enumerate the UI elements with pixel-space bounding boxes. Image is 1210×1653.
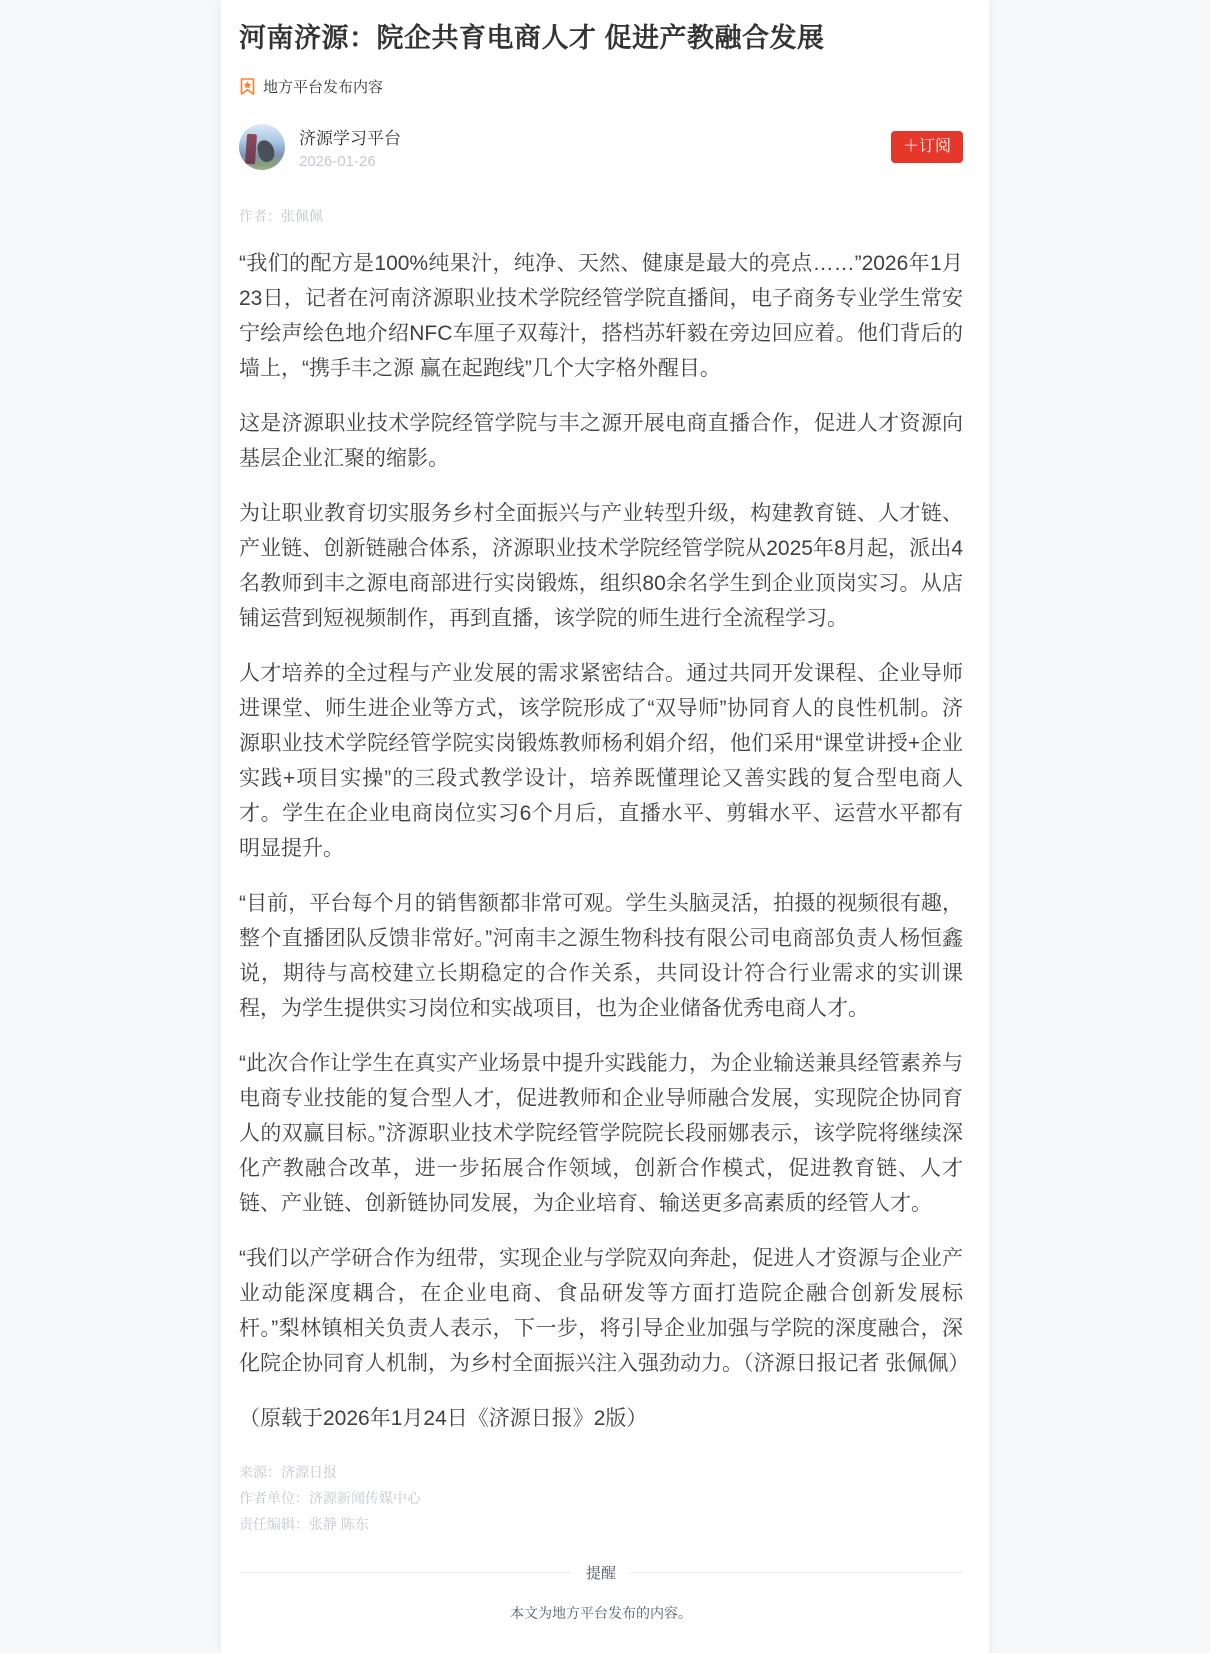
article-paragraph: （原载于2026年1月24日《济源日报》2版） [239, 1401, 963, 1436]
notice-divider: 提醒 [239, 1562, 963, 1583]
article-paragraph: “此次合作让学生在真实产业场景中提升实践能力，为企业输送兼具经管素养与电商专业技… [239, 1046, 963, 1221]
article-paragraph: “目前，平台每个月的销售额都非常可观。学生头脑灵活，拍摄的视频很有趣，整个直播团… [239, 886, 963, 1026]
article-paragraph: 这是济源职业技术学院经管学院与丰之源开展电商直播合作，促进人才资源向基层企业汇聚… [239, 406, 963, 476]
notice-text: 本文为地方平台发布的内容。 [239, 1603, 963, 1623]
notice-title: 提醒 [586, 1562, 616, 1583]
subscribe-button[interactable]: ＋订阅 [891, 131, 963, 163]
article-title: 河南济源：院企共育电商人才 促进产教融合发展 [239, 0, 963, 56]
content-badge: 地方平台发布内容 [239, 76, 963, 97]
author-line: 作者：张佩佩 [239, 206, 963, 226]
article-paragraph: “我们以产学研合作为纽带，实现企业与学院双向奔赴，促进人才资源与企业产业动能深度… [239, 1241, 963, 1381]
article-card: 河南济源：院企共育电商人才 促进产教融合发展 地方平台发布内容 济源学习平台 2… [221, 0, 989, 1653]
divider-line-left [239, 1572, 572, 1573]
publish-date: 2026-01-26 [299, 153, 401, 170]
article-paragraph: 人才培养的全过程与产业发展的需求紧密结合。通过共同开发课程、企业导师进课堂、师生… [239, 656, 963, 866]
divider-line-right [630, 1572, 963, 1573]
meta-line: 来源：济源日报 [239, 1464, 963, 1480]
article-body: “我们的配方是100%纯果汁，纯净、天然、健康是最大的亮点……”2026年1月2… [239, 246, 963, 1436]
article-paragraph: “我们的配方是100%纯果汁，纯净、天然、健康是最大的亮点……”2026年1月2… [239, 246, 963, 386]
badge-label: 地方平台发布内容 [263, 76, 383, 97]
bookmark-star-icon [239, 78, 256, 95]
meta-line: 作者单位：济源新闻传媒中心 [239, 1490, 963, 1506]
page: { "header": { "title": "河南济源：院企共育电商人才 促进… [0, 0, 1210, 1591]
publisher-row: 济源学习平台 2026-01-26 ＋订阅 [239, 124, 963, 170]
publisher-avatar[interactable] [239, 124, 285, 170]
article-paragraph: 为让职业教育切实服务乡村全面振兴与产业转型升级，构建教育链、人才链、产业链、创新… [239, 496, 963, 636]
publisher-info: 济源学习平台 2026-01-26 [299, 124, 401, 170]
publisher-name[interactable]: 济源学习平台 [299, 124, 401, 149]
meta-line: 责任编辑：张静 陈东 [239, 1516, 963, 1532]
footer-meta: 来源：济源日报作者单位：济源新闻传媒中心责任编辑：张静 陈东 [239, 1464, 963, 1532]
